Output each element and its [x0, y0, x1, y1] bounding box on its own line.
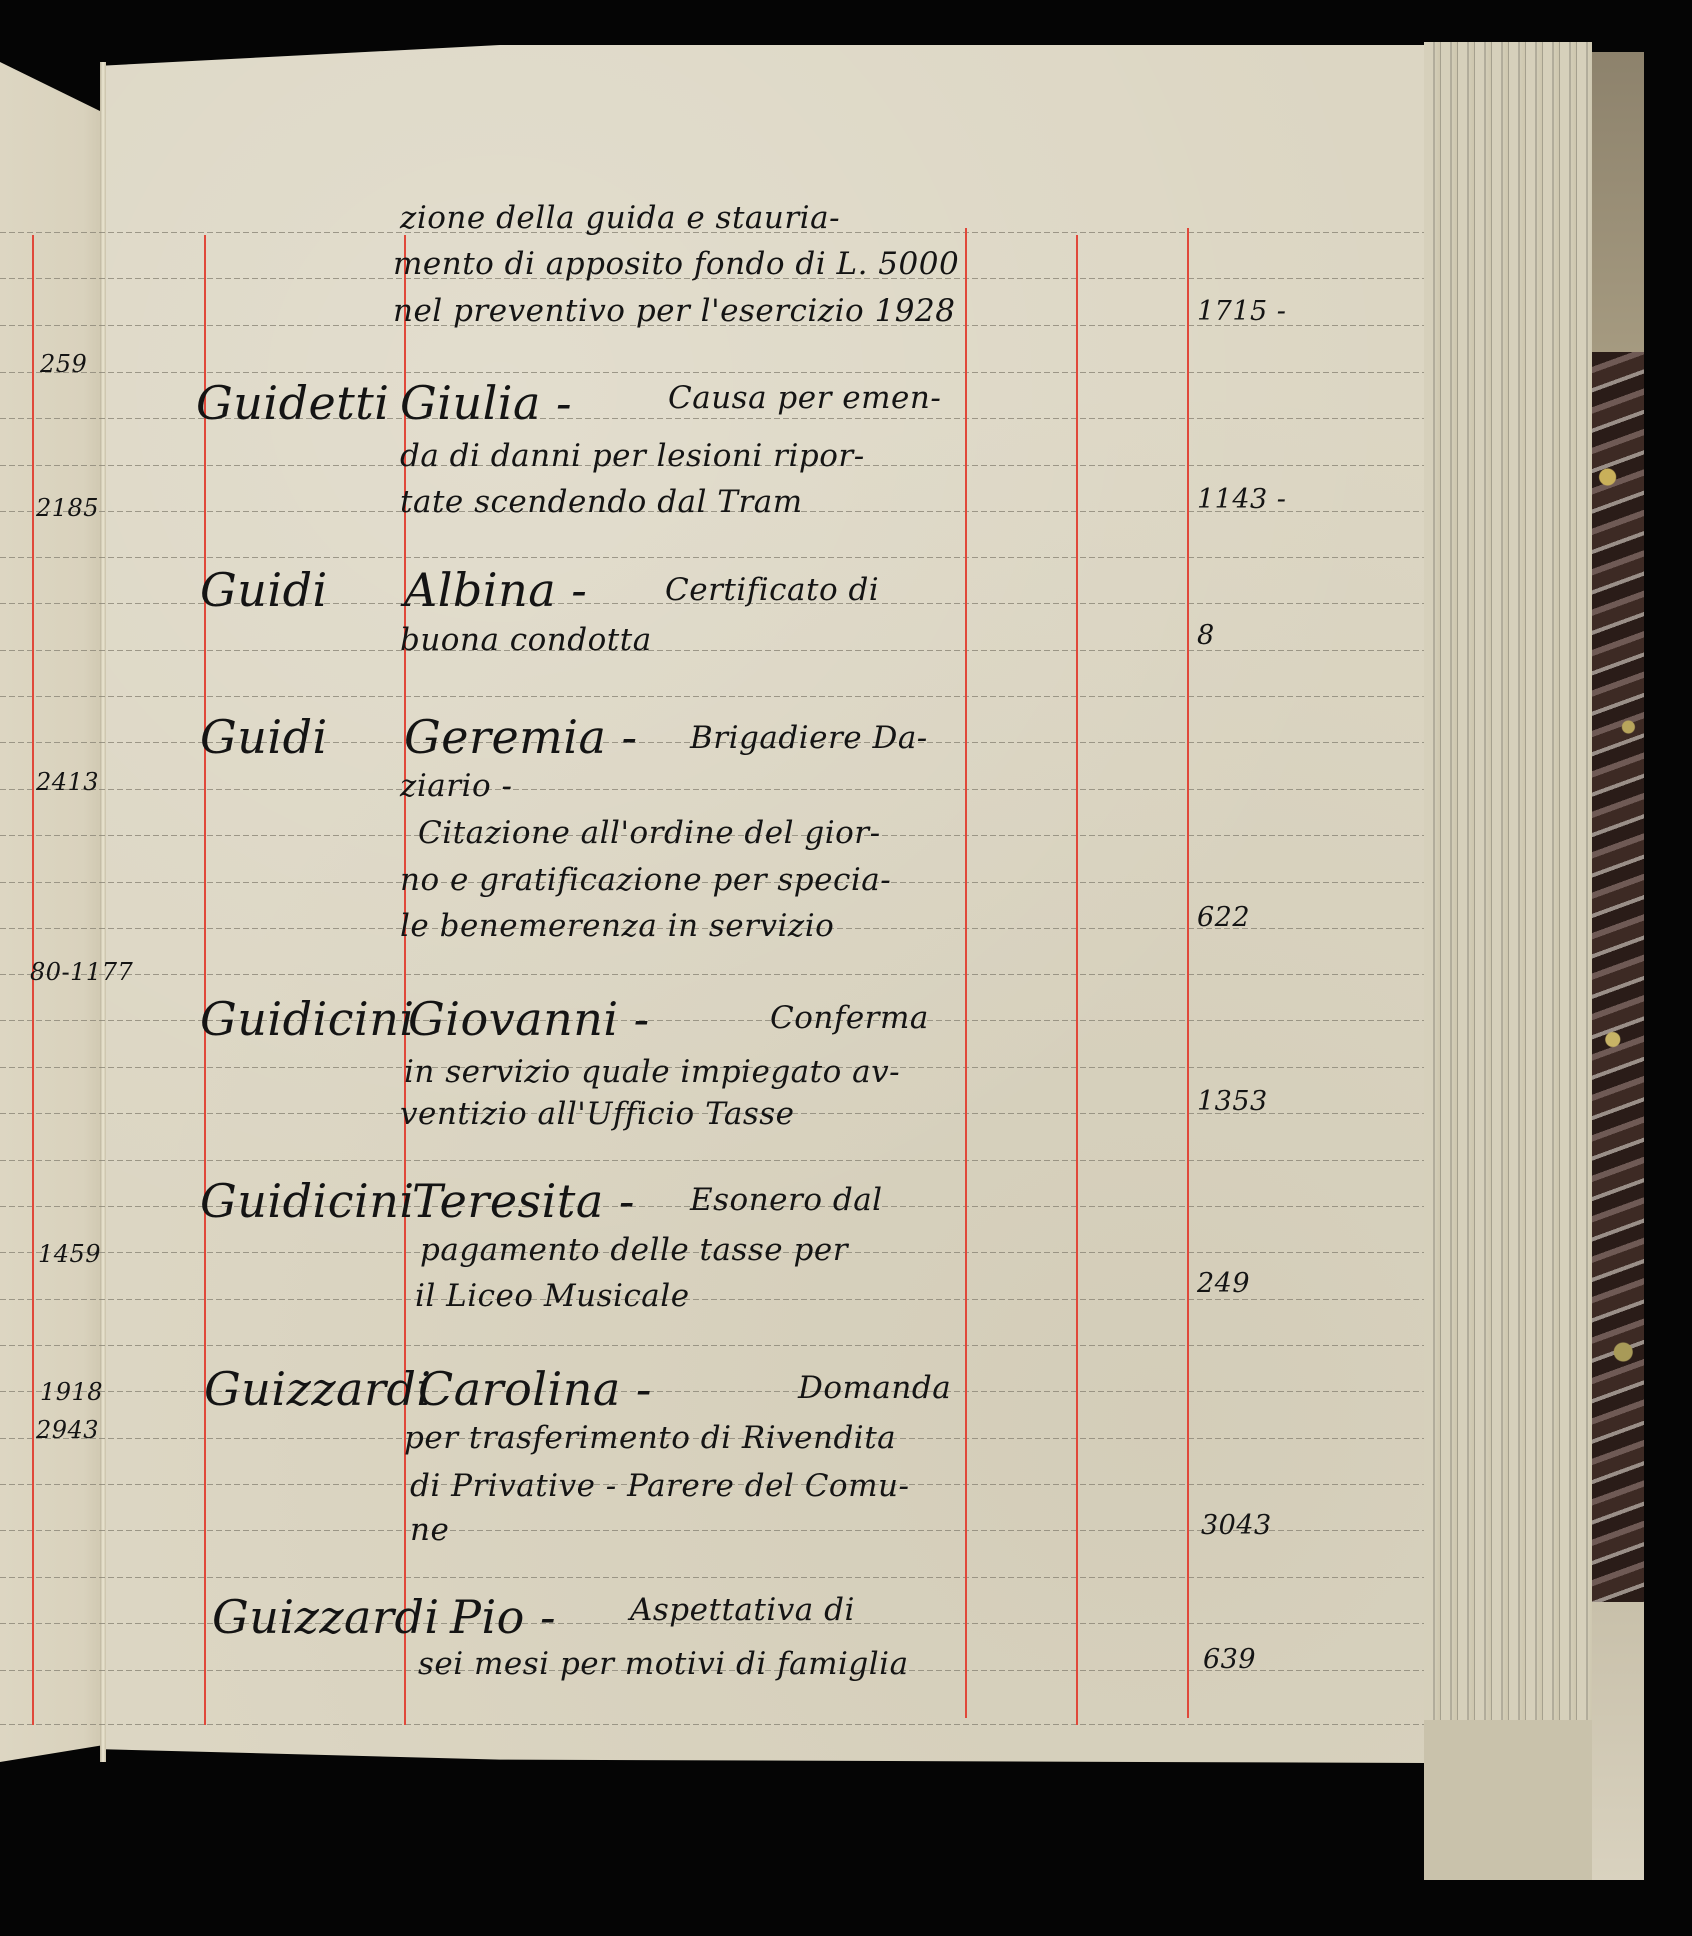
- reference-number: 622: [1197, 902, 1250, 933]
- entry-description-line: per trasferimento di Rivendita: [404, 1420, 896, 1456]
- margin-number: 1918: [40, 1378, 103, 1406]
- entry-description-line: Esonero dal: [690, 1182, 883, 1218]
- reference-number: 639: [1203, 1644, 1256, 1675]
- margin-number: 1459: [38, 1240, 101, 1268]
- entry-description-line: no e gratificazione per specia-: [400, 862, 891, 898]
- entry-description-line: ne: [410, 1512, 449, 1548]
- entry-description-line: tate scendendo dal Tram: [400, 484, 803, 520]
- entry-surname: Guidi: [200, 710, 328, 764]
- cover-board-top: [1592, 52, 1644, 352]
- entry-description-line: sei mesi per motivi di famiglia: [418, 1646, 909, 1682]
- reference-number: 8: [1197, 620, 1215, 651]
- entry-first-name: Albina -: [404, 563, 587, 617]
- continuation-line: mento di apposito fondo di L. 5000: [393, 246, 959, 282]
- entry-description-line: Domanda: [798, 1370, 951, 1406]
- entry-description-line: buona condotta: [400, 622, 652, 658]
- ledger-photo: zione della guida e stauria- mento di ap…: [0, 0, 1692, 1936]
- entry-first-name: Geremia -: [404, 710, 638, 764]
- entry-description-line: da di danni per lesioni ripor-: [400, 438, 865, 474]
- entry-description-line: Brigadiere Da-: [690, 720, 928, 756]
- entry-first-name: Carolina -: [418, 1362, 652, 1416]
- margin-number: 80-1177: [30, 958, 133, 986]
- reference-number: 1353: [1197, 1086, 1268, 1117]
- entry-description-line: Citazione all'ordine del gior-: [418, 815, 881, 851]
- margin-number: 2413: [36, 768, 99, 796]
- entry-surname: Guizzardi: [204, 1362, 432, 1416]
- book-gutter: [100, 62, 106, 1762]
- entry-description-line: pagamento delle tasse per: [420, 1232, 848, 1268]
- entry-first-name: Pio -: [450, 1590, 556, 1644]
- reference-number: 1143 -: [1197, 484, 1286, 515]
- entry-description-line: di Privative - Parere del Comu-: [410, 1468, 909, 1504]
- continuation-line: nel preventivo per l'esercizio 1928: [393, 293, 955, 329]
- entry-description-line: ventizio all'Ufficio Tasse: [400, 1096, 795, 1132]
- entry-surname: Guidetti: [196, 376, 389, 430]
- cover-board-bottom: [1592, 1602, 1644, 1880]
- entry-description-line: Aspettativa di: [630, 1592, 855, 1628]
- entry-first-name: Teresita -: [412, 1174, 635, 1228]
- entry-description-line: le benemerenza in servizio: [400, 908, 834, 944]
- entry-surname: Guizzardi: [212, 1590, 440, 1644]
- entry-description-line: Certificato di: [665, 572, 879, 608]
- entry-description-line: il Liceo Musicale: [415, 1278, 690, 1314]
- entry-description-line: ziario -: [400, 768, 512, 804]
- entry-first-name: Giulia -: [400, 376, 572, 430]
- margin-number: 259: [40, 350, 87, 378]
- continuation-line: zione della guida e stauria-: [400, 200, 840, 236]
- reference-number: 1715 -: [1197, 296, 1286, 327]
- entry-first-name: Giovanni -: [408, 992, 650, 1046]
- page-stack-edge: [1424, 42, 1592, 1722]
- reference-number: 3043: [1201, 1510, 1272, 1541]
- left-page-edge: [0, 62, 104, 1762]
- entry-description-line: in servizio quale impiegato av-: [404, 1054, 900, 1090]
- margin-number: 2943: [36, 1416, 99, 1444]
- entry-description-line: Conferma: [770, 1000, 929, 1036]
- entry-surname: Guidicini: [200, 1174, 415, 1228]
- entry-description-line: Causa per emen-: [668, 380, 941, 416]
- page-stack-bottom: [1424, 1720, 1592, 1880]
- margin-number: 2185: [36, 494, 99, 522]
- reference-number: 249: [1197, 1268, 1250, 1299]
- entry-surname: Guidicini: [200, 992, 415, 1046]
- marbled-cover: [1592, 352, 1644, 1602]
- entry-surname: Guidi: [200, 563, 328, 617]
